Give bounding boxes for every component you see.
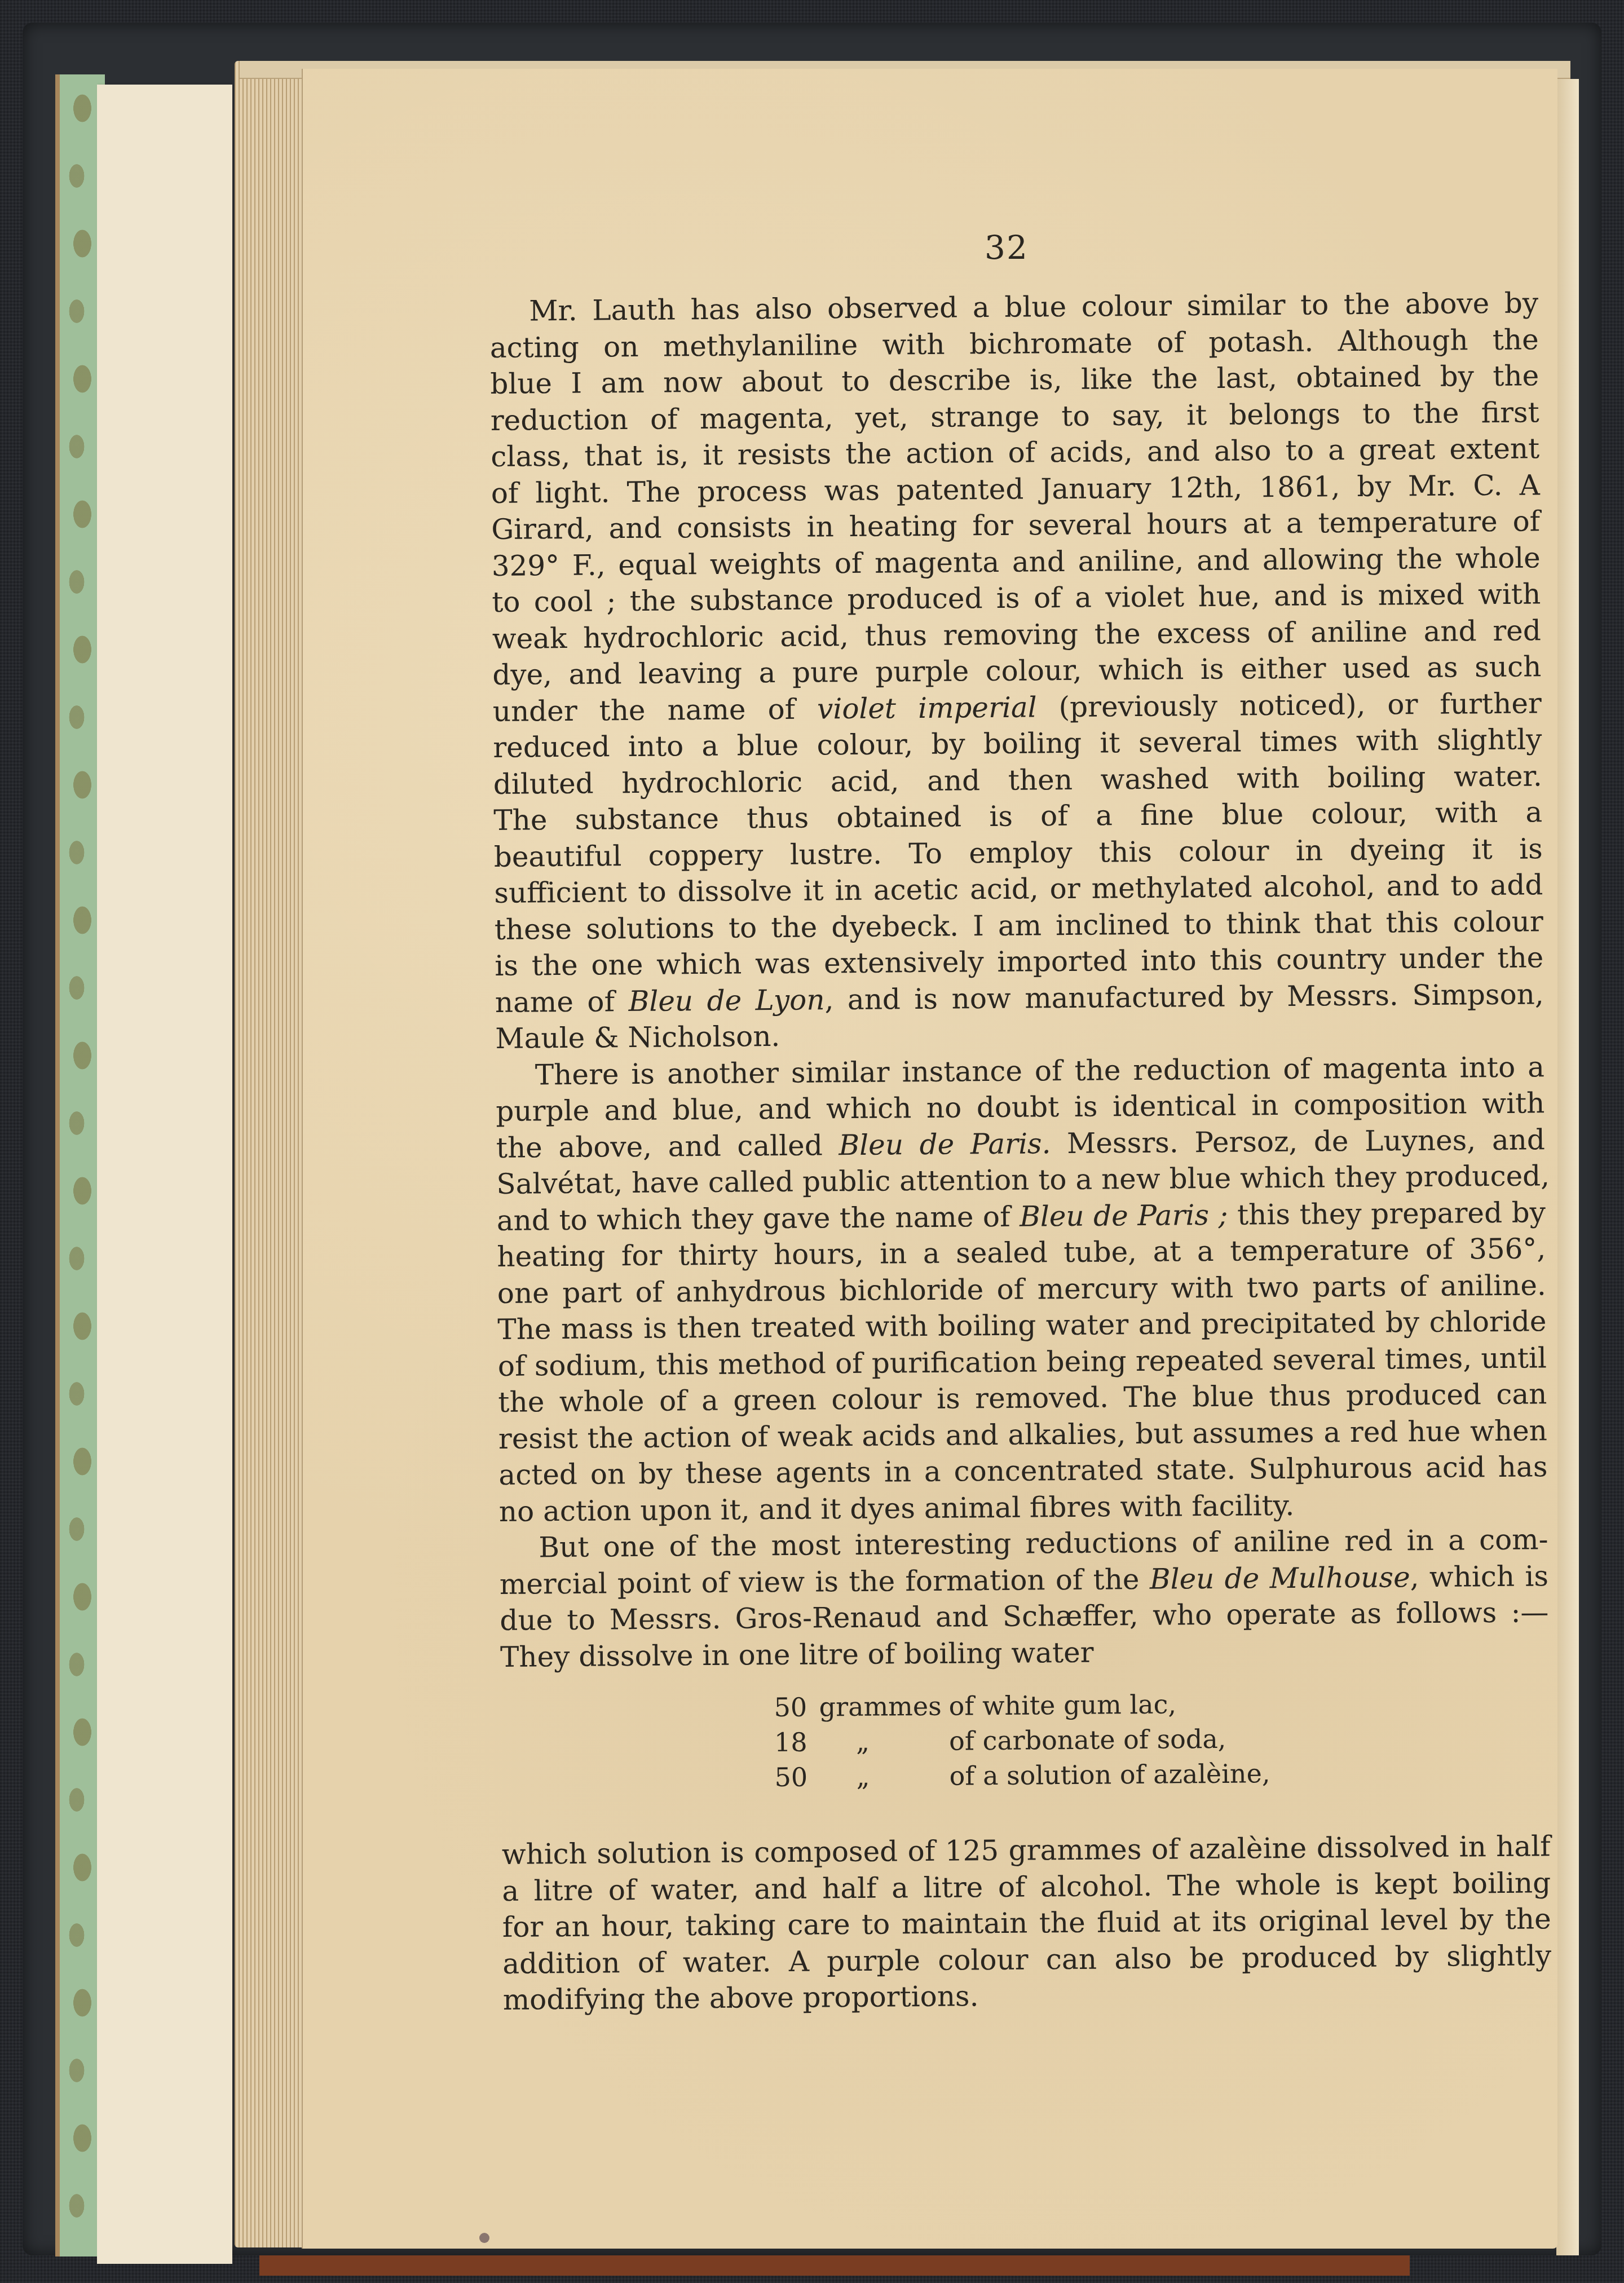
paragraphs: Mr. Lauth has also observed a blue colou… [489, 285, 1549, 1675]
ink-stain [479, 2233, 489, 2243]
blank-flyleaf [97, 85, 232, 2264]
stacked-page-edges [235, 61, 302, 2247]
cover-leather-trim [259, 2255, 1410, 2276]
recipe-quantity: 18 [774, 1724, 819, 1760]
page-body-text: Mr. Lauth has also observed a blue colou… [489, 285, 1552, 2018]
next-page-edge [1556, 79, 1579, 2255]
recipe-ingredient: of white gum lac, [948, 1687, 1176, 1724]
page-number: 32 [984, 228, 1029, 267]
recipe-quantity: 50 [774, 1689, 819, 1725]
recipe-row: 50„of a solution of azalèine, [774, 1754, 1550, 1795]
recipe-ingredient: of carbonate of soda, [949, 1721, 1226, 1759]
recipe-row: 18„of carbonate of soda, [774, 1719, 1550, 1760]
recipe-unit: „ [819, 1724, 949, 1760]
recipe-quantity: 50 [774, 1759, 819, 1795]
italic-term: violet imperial [817, 691, 1037, 725]
italic-term: Bleu de Mulhouse [1150, 1561, 1410, 1596]
recipe-unit: „ [819, 1759, 949, 1795]
recipe-ingredient: of a solution of azalèine, [949, 1756, 1270, 1793]
recipe-row: 50grammesof white gum lac, [774, 1684, 1549, 1725]
recipe-unit: grammes [819, 1689, 948, 1725]
italic-term: Bleu de Paris ; [1020, 1198, 1228, 1233]
italic-term: Bleu de Paris. [839, 1127, 1051, 1162]
closing-paragraph: which solution is composed of 125 gramme… [501, 1828, 1551, 2018]
italic-term: Bleu de Lyon [628, 983, 824, 1018]
recipe-list: 50grammesof white gum lac,18„of carbonat… [500, 1684, 1550, 1797]
